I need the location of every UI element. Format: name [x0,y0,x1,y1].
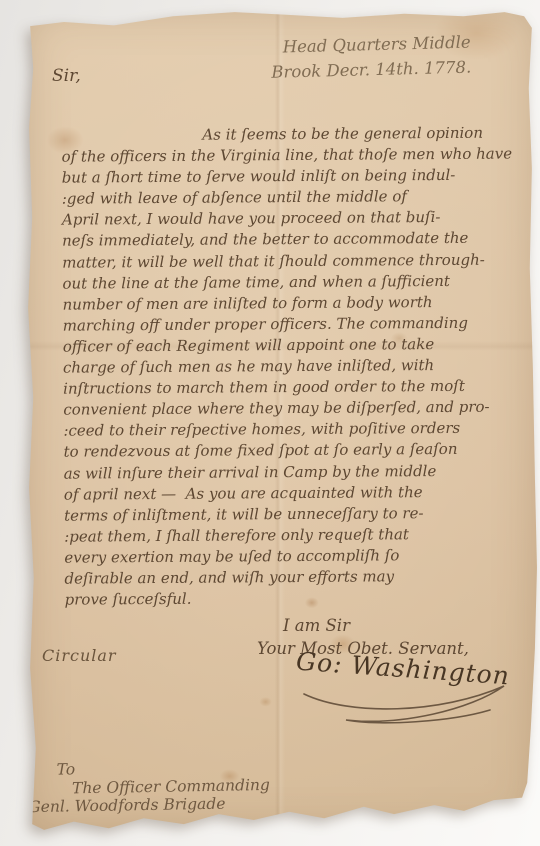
manuscript-line: :ceed to their reſpective homes, with po… [63,418,527,442]
manuscript-line: prove ſucceſsful. [65,586,529,610]
manuscript-line: of the officers in the Virginia line, th… [61,143,525,167]
manuscript-line: marching off under proper officers. The … [63,312,527,336]
address-line2: Genl. Woodfords Brigade [28,795,270,816]
manuscript-line: neſs immediately, and the better to acco… [62,228,526,252]
closing-line1: I am Sir [283,614,469,637]
signature-flourish-icon [290,680,520,730]
circular-annotation: Circular [42,646,117,665]
address-to: To [57,758,270,778]
dateline-line2: Brook Decr. 14th. 1778. [271,55,472,85]
manuscript-line: matter, it will be well that it ſhould c… [62,249,526,273]
salutation: Sir, [52,66,81,86]
dateline: Head Quarters Middle Brook Decr. 14th. 1… [282,30,471,85]
address-block: To The Officer Commanding Genl. Woodford… [28,758,271,816]
address-line1: The Officer Commanding [72,776,270,796]
photo-background: Head Quarters Middle Brook Decr. 14th. 1… [0,0,540,846]
letter-body: As it ſeems to be the general opinionof … [61,122,528,610]
signature-block: Go: Washington [290,650,520,730]
letter-paper: Head Quarters Middle Brook Decr. 14th. 1… [24,8,538,834]
letter-paper-wrapper: Head Quarters Middle Brook Decr. 14th. 1… [24,8,538,834]
